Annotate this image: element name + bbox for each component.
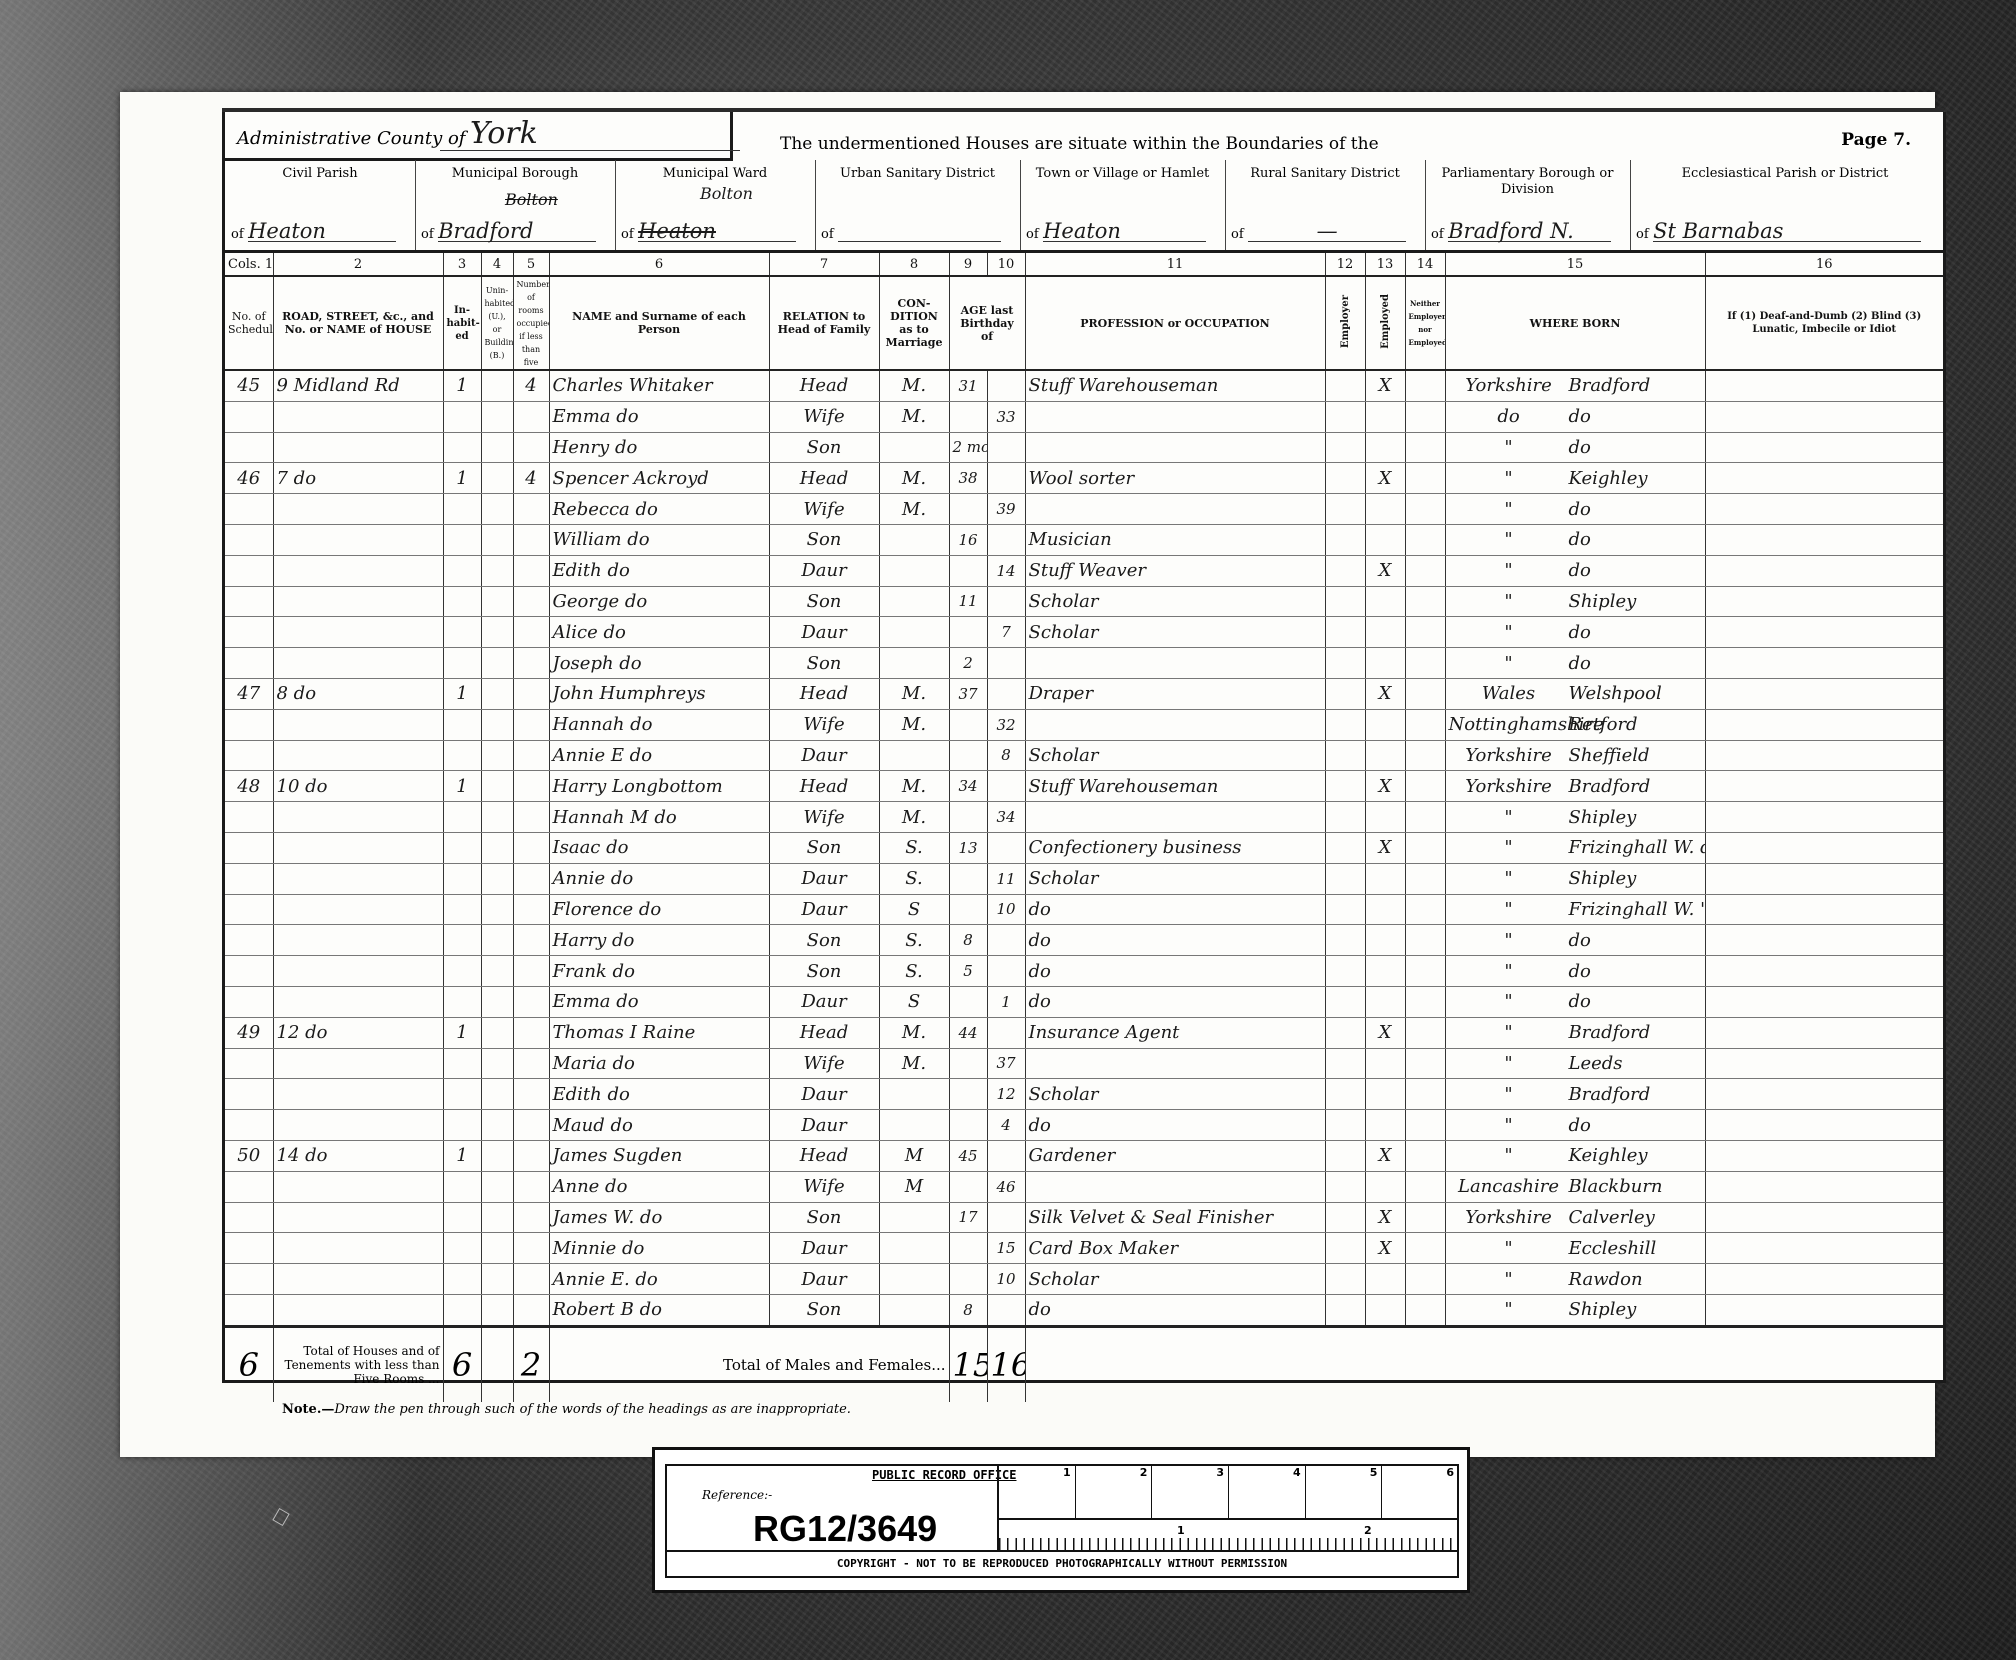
- cell-address: [273, 956, 443, 987]
- cell-address: [273, 1110, 443, 1141]
- cell-employed: X: [1365, 1017, 1405, 1048]
- cell-name: Maud do: [549, 1110, 769, 1141]
- cell-inhabited: [443, 494, 481, 525]
- cell-relation: Daur: [769, 617, 879, 648]
- cell-schedule: [225, 1079, 273, 1110]
- cell-name: Florence do: [549, 894, 769, 925]
- cell-occupation: Scholar: [1025, 617, 1325, 648]
- cell-employed: [1365, 494, 1405, 525]
- cell-schedule: [225, 1171, 273, 1202]
- cell-relation: Daur: [769, 986, 879, 1017]
- cell-female-age: [987, 678, 1025, 709]
- cell-inhabited: 1: [443, 771, 481, 802]
- cell-condition: M: [879, 1140, 949, 1171]
- cell-female-age: [987, 1202, 1025, 1233]
- cell-rooms: [513, 617, 549, 648]
- cell-relation: Son: [769, 648, 879, 679]
- cell-schedule: [225, 1264, 273, 1295]
- cell-rooms: [513, 740, 549, 771]
- table-row: Edith doDaur14Stuff WeaverX"do: [225, 555, 1943, 586]
- cell-male-age: [949, 1048, 987, 1079]
- cell-relation: Wife: [769, 1048, 879, 1079]
- cell-schedule: 50: [225, 1140, 273, 1171]
- cell-name: Annie E. do: [549, 1264, 769, 1295]
- cell-address: [273, 1294, 443, 1326]
- table-row: Minnie doDaur15Card Box MakerX"Eccleshil…: [225, 1233, 1943, 1264]
- cell-male-age: [949, 1233, 987, 1264]
- cell-rooms: [513, 1233, 549, 1264]
- col-age: AGE last Birthday of: [949, 276, 1025, 370]
- cell-employed: X: [1365, 832, 1405, 863]
- cell-condition: [879, 586, 949, 617]
- cell-female-age: 4: [987, 1110, 1025, 1141]
- cell-male-age: 13: [949, 832, 987, 863]
- cell-address: [273, 740, 443, 771]
- cell-occupation: [1025, 401, 1325, 432]
- cell-occupation: do: [1025, 956, 1325, 987]
- cell-rooms: [513, 863, 549, 894]
- cell-male-age: 17: [949, 1202, 987, 1233]
- cell-where-born: "do: [1445, 648, 1705, 679]
- col-uninhabited: Unin-habited (U.), or Building (B.): [481, 276, 513, 370]
- cell-condition: [879, 740, 949, 771]
- admin-county-label: Administrative County of: [237, 128, 465, 149]
- cell-occupation: Scholar: [1025, 740, 1325, 771]
- cell-female-age: [987, 1294, 1025, 1326]
- cell-condition: M.: [879, 771, 949, 802]
- cell-employed: [1365, 617, 1405, 648]
- cell-where-born: "Leeds: [1445, 1048, 1705, 1079]
- cell-address: [273, 494, 443, 525]
- cell-occupation: Scholar: [1025, 586, 1325, 617]
- cell-where-born: "do: [1445, 617, 1705, 648]
- cell-address: 8 do: [273, 678, 443, 709]
- cell-female-age: [987, 1140, 1025, 1171]
- table-row: Henry doSon2 month"do: [225, 432, 1943, 463]
- cell-male-age: [949, 617, 987, 648]
- cell-inhabited: [443, 925, 481, 956]
- cell-relation: Head: [769, 463, 879, 494]
- cell-occupation: [1025, 1171, 1325, 1202]
- cell-female-age: 7: [987, 617, 1025, 648]
- cell-female-age: [987, 771, 1025, 802]
- cell-inhabited: [443, 432, 481, 463]
- cell-male-age: 8: [949, 925, 987, 956]
- table-row: Hannah doWifeM.32NottinghamshireRetford: [225, 709, 1943, 740]
- cell-employed: X: [1365, 1140, 1405, 1171]
- total-males: 15: [949, 1326, 987, 1402]
- cell-female-age: 39: [987, 494, 1025, 525]
- cell-occupation: Confectionery business: [1025, 832, 1325, 863]
- cell-inhabited: 1: [443, 463, 481, 494]
- cell-name: Emma do: [549, 986, 769, 1017]
- division-urban-sanitary: Urban Sanitary District of: [815, 160, 1021, 250]
- cell-male-age: 44: [949, 1017, 987, 1048]
- cell-rooms: [513, 832, 549, 863]
- cell-address: [273, 1264, 443, 1295]
- cell-name: Annie E do: [549, 740, 769, 771]
- cell-address: [273, 1048, 443, 1079]
- cell-where-born: "Bradford: [1445, 1079, 1705, 1110]
- cell-schedule: [225, 1048, 273, 1079]
- cell-rooms: [513, 802, 549, 833]
- cell-name: Hannah M do: [549, 802, 769, 833]
- cell-inhabited: [443, 863, 481, 894]
- page-number: Page 7.: [1841, 130, 1911, 150]
- cell-relation: Daur: [769, 863, 879, 894]
- cell-where-born: "do: [1445, 956, 1705, 987]
- reference-label: Reference:-: [702, 1488, 772, 1502]
- cell-male-age: [949, 555, 987, 586]
- table-row: 478 do1John HumphreysHeadM.37DraperXWale…: [225, 678, 1943, 709]
- cell-schedule: [225, 832, 273, 863]
- public-record-office-label: PUBLIC RECORD OFFICE Reference:- RG12/36…: [652, 1447, 1470, 1593]
- cell-inhabited: 1: [443, 370, 481, 401]
- cell-rooms: [513, 555, 549, 586]
- table-row: Emma doWifeM.33dodo: [225, 401, 1943, 432]
- cell-schedule: 46: [225, 463, 273, 494]
- cell-occupation: Wool sorter: [1025, 463, 1325, 494]
- cell-female-age: [987, 925, 1025, 956]
- cell-female-age: 8: [987, 740, 1025, 771]
- cell-rooms: [513, 586, 549, 617]
- cell-male-age: [949, 740, 987, 771]
- cell-schedule: [225, 956, 273, 987]
- cell-rooms: [513, 925, 549, 956]
- cell-rooms: [513, 1202, 549, 1233]
- cell-male-age: 31: [949, 370, 987, 401]
- cell-relation: Son: [769, 832, 879, 863]
- cell-rooms: [513, 894, 549, 925]
- cell-occupation: Gardener: [1025, 1140, 1325, 1171]
- cell-inhabited: [443, 1202, 481, 1233]
- table-row: 467 do14Spencer AckroydHeadM.38Wool sort…: [225, 463, 1943, 494]
- cell-condition: [879, 648, 949, 679]
- cell-condition: [879, 1110, 949, 1141]
- cell-employed: [1365, 1079, 1405, 1110]
- cell-employed: [1365, 586, 1405, 617]
- cell-address: [273, 555, 443, 586]
- cell-employed: [1365, 925, 1405, 956]
- cell-female-age: 46: [987, 1171, 1025, 1202]
- cell-inhabited: [443, 832, 481, 863]
- scale-ruler: 123 456 1 2: [997, 1466, 1459, 1550]
- municipal-borough-value: Bradford: [438, 219, 596, 242]
- cell-address: [273, 648, 443, 679]
- cell-rooms: 4: [513, 370, 549, 401]
- cell-condition: S.: [879, 956, 949, 987]
- cell-rooms: [513, 401, 549, 432]
- cell-schedule: [225, 432, 273, 463]
- cell-where-born: WalesWelshpool: [1445, 678, 1705, 709]
- col-neither: Neither Employer nor Employed: [1405, 276, 1445, 370]
- cell-condition: [879, 1294, 949, 1326]
- cell-employed: [1365, 740, 1405, 771]
- cell-employed: [1365, 894, 1405, 925]
- cell-where-born: "do: [1445, 494, 1705, 525]
- cell-employed: [1365, 648, 1405, 679]
- cell-female-age: 15: [987, 1233, 1025, 1264]
- cell-name: Robert B do: [549, 1294, 769, 1326]
- cell-employed: [1365, 401, 1405, 432]
- cell-schedule: [225, 1233, 273, 1264]
- col-inhabited: In-habit-ed: [443, 276, 481, 370]
- municipal-ward-value: Heaton: [638, 219, 796, 242]
- administrative-county-box: Administrative County of York: [225, 112, 733, 161]
- cell-employed: [1365, 1264, 1405, 1295]
- cell-schedule: [225, 986, 273, 1017]
- cell-male-age: [949, 494, 987, 525]
- cell-inhabited: [443, 740, 481, 771]
- cell-where-born: "Bradford: [1445, 1017, 1705, 1048]
- cell-name: Annie do: [549, 863, 769, 894]
- cell-female-age: 1: [987, 986, 1025, 1017]
- cell-address: [273, 986, 443, 1017]
- cell-occupation: do: [1025, 1110, 1325, 1141]
- cell-name: Edith do: [549, 555, 769, 586]
- cell-rooms: [513, 1294, 549, 1326]
- cell-inhabited: [443, 555, 481, 586]
- cell-occupation: Stuff Warehouseman: [1025, 370, 1325, 401]
- cell-inhabited: [443, 802, 481, 833]
- cell-address: [273, 894, 443, 925]
- cell-inhabited: [443, 586, 481, 617]
- cell-schedule: [225, 740, 273, 771]
- cell-where-born: "Frizinghall W. ": [1445, 894, 1705, 925]
- table-row: 4912 do1Thomas I RaineHeadM.44Insurance …: [225, 1017, 1943, 1048]
- col-occupation: PROFESSION or OCCUPATION: [1025, 276, 1325, 370]
- cell-relation: Head: [769, 370, 879, 401]
- cell-male-age: 16: [949, 524, 987, 555]
- cell-employed: X: [1365, 463, 1405, 494]
- division-municipal-borough: Municipal Borough Bolton of Bradford: [415, 160, 616, 250]
- cell-male-age: 38: [949, 463, 987, 494]
- cell-condition: M.: [879, 802, 949, 833]
- table-row: Annie E doDaur8ScholarYorkshireSheffield: [225, 740, 1943, 771]
- cell-name: William do: [549, 524, 769, 555]
- cell-condition: M.: [879, 1048, 949, 1079]
- cell-address: [273, 401, 443, 432]
- cell-name: Minnie do: [549, 1233, 769, 1264]
- cell-name: James Sugden: [549, 1140, 769, 1171]
- cell-relation: Daur: [769, 555, 879, 586]
- cell-female-age: 12: [987, 1079, 1025, 1110]
- total-females: 16: [987, 1326, 1025, 1402]
- cell-inhabited: [443, 1048, 481, 1079]
- cell-male-age: [949, 709, 987, 740]
- cell-relation: Wife: [769, 494, 879, 525]
- column-headings-row: No. of Schedule ROAD, STREET, &c., and N…: [225, 276, 1943, 370]
- table-row: Anne doWifeM46LancashireBlackburn: [225, 1171, 1943, 1202]
- division-municipal-ward: Municipal Ward Bolton of Heaton: [615, 160, 816, 250]
- cell-address: [273, 586, 443, 617]
- cell-inhabited: [443, 1264, 481, 1295]
- total-houses: 6: [443, 1326, 481, 1402]
- cell-rooms: [513, 771, 549, 802]
- cell-inhabited: [443, 1294, 481, 1326]
- cell-employed: X: [1365, 555, 1405, 586]
- cell-occupation: [1025, 709, 1325, 740]
- cell-female-age: 37: [987, 1048, 1025, 1079]
- table-row: Hannah M doWifeM.34"Shipley: [225, 802, 1943, 833]
- cell-address: [273, 1079, 443, 1110]
- cell-name: John Humphreys: [549, 678, 769, 709]
- cell-employed: X: [1365, 1202, 1405, 1233]
- cell-female-age: 32: [987, 709, 1025, 740]
- cell-where-born: YorkshireCalverley: [1445, 1202, 1705, 1233]
- cell-male-age: [949, 894, 987, 925]
- form-header: Administrative County of York The underm…: [225, 112, 1943, 160]
- cell-address: 9 Midland Rd: [273, 370, 443, 401]
- cell-rooms: [513, 1171, 549, 1202]
- cell-occupation: [1025, 1048, 1325, 1079]
- cell-name: Harry Longbottom: [549, 771, 769, 802]
- cell-schedule: [225, 802, 273, 833]
- cell-occupation: [1025, 802, 1325, 833]
- table-row: George doSon11Scholar"Shipley: [225, 586, 1943, 617]
- cell-employed: [1365, 432, 1405, 463]
- cell-where-born: "Frizinghall W. do: [1445, 832, 1705, 863]
- cell-rooms: [513, 1140, 549, 1171]
- cell-rooms: [513, 648, 549, 679]
- cell-address: [273, 432, 443, 463]
- cell-where-born: "Keighley: [1445, 1140, 1705, 1171]
- cell-male-age: [949, 802, 987, 833]
- cell-name: Thomas I Raine: [549, 1017, 769, 1048]
- cell-relation: Wife: [769, 401, 879, 432]
- cell-rooms: [513, 1048, 549, 1079]
- cell-occupation: Card Box Maker: [1025, 1233, 1325, 1264]
- cell-name: Edith do: [549, 1079, 769, 1110]
- cell-condition: M.: [879, 678, 949, 709]
- cell-male-age: [949, 1171, 987, 1202]
- cell-condition: M.: [879, 709, 949, 740]
- cell-address: 14 do: [273, 1140, 443, 1171]
- cell-female-age: [987, 463, 1025, 494]
- table-row: 5014 do1James SugdenHeadM45GardenerX"Kei…: [225, 1140, 1943, 1171]
- table-row: Joseph doSon2"do: [225, 648, 1943, 679]
- cell-where-born: LancashireBlackburn: [1445, 1171, 1705, 1202]
- cell-condition: M: [879, 1171, 949, 1202]
- cell-rooms: 4: [513, 463, 549, 494]
- cell-where-born: "Shipley: [1445, 586, 1705, 617]
- cell-address: [273, 802, 443, 833]
- table-row: Annie doDaurS.11Scholar"Shipley: [225, 863, 1943, 894]
- cell-name: Alice do: [549, 617, 769, 648]
- cell-employed: [1365, 1171, 1405, 1202]
- cell-schedule: [225, 617, 273, 648]
- cell-schedule: 47: [225, 678, 273, 709]
- cell-where-born: "Shipley: [1445, 802, 1705, 833]
- boundaries-text: The undermentioned Houses are situate wi…: [780, 134, 1379, 154]
- cell-inhabited: [443, 648, 481, 679]
- cell-male-age: [949, 1264, 987, 1295]
- cell-where-born: "do: [1445, 1110, 1705, 1141]
- divisions-row: Civil Parish of Heaton Municipal Borough…: [225, 160, 1943, 253]
- cell-rooms: [513, 1017, 549, 1048]
- cell-female-age: [987, 1017, 1025, 1048]
- cell-relation: Head: [769, 1017, 879, 1048]
- cell-schedule: [225, 1202, 273, 1233]
- cell-rooms: [513, 986, 549, 1017]
- cell-condition: [879, 617, 949, 648]
- cell-employed: [1365, 1294, 1405, 1326]
- cell-relation: Head: [769, 678, 879, 709]
- total-persons-label: Total of Males and Females...: [549, 1326, 949, 1402]
- cell-inhabited: [443, 1110, 481, 1141]
- cell-inhabited: [443, 524, 481, 555]
- cell-rooms: [513, 709, 549, 740]
- cell-where-born: "do: [1445, 555, 1705, 586]
- cell-schedule: [225, 401, 273, 432]
- table-row: Emma doDaurS1do"do: [225, 986, 1943, 1017]
- cell-male-age: 37: [949, 678, 987, 709]
- cell-male-age: 5: [949, 956, 987, 987]
- cell-condition: M.: [879, 463, 949, 494]
- cell-inhabited: [443, 401, 481, 432]
- cell-where-born: YorkshireBradford: [1445, 771, 1705, 802]
- cell-where-born: YorkshireBradford: [1445, 370, 1705, 401]
- pro-title: PUBLIC RECORD OFFICE: [872, 1468, 1017, 1482]
- cell-occupation: Stuff Warehouseman: [1025, 771, 1325, 802]
- cell-employed: [1365, 1048, 1405, 1079]
- cell-where-born: "do: [1445, 524, 1705, 555]
- table-row: Maud doDaur4do"do: [225, 1110, 1943, 1141]
- table-row: Isaac doSonS.13Confectionery businessX"F…: [225, 832, 1943, 863]
- cell-inhabited: [443, 894, 481, 925]
- cell-name: James W. do: [549, 1202, 769, 1233]
- cell-occupation: Musician: [1025, 524, 1325, 555]
- cell-condition: [879, 1079, 949, 1110]
- civil-parish-value: Heaton: [248, 219, 396, 242]
- cell-address: [273, 709, 443, 740]
- cell-inhabited: [443, 1079, 481, 1110]
- cell-male-age: 34: [949, 771, 987, 802]
- cell-condition: [879, 1202, 949, 1233]
- cell-where-born: "Keighley: [1445, 463, 1705, 494]
- cell-where-born: dodo: [1445, 401, 1705, 432]
- census-table: Cols. 12345 678910 111213141516 No. of S…: [225, 253, 1943, 1402]
- cell-condition: M.: [879, 370, 949, 401]
- cell-schedule: [225, 648, 273, 679]
- division-ecclesiastical: Ecclesiastical Parish or District of St …: [1630, 160, 1940, 250]
- cell-address: [273, 1233, 443, 1264]
- cell-relation: Daur: [769, 1110, 879, 1141]
- table-row: Edith doDaur12Scholar"Bradford: [225, 1079, 1943, 1110]
- cell-relation: Daur: [769, 1079, 879, 1110]
- cell-inhabited: 1: [443, 1140, 481, 1171]
- cell-female-age: [987, 832, 1025, 863]
- cell-schedule: [225, 524, 273, 555]
- table-row: 459 Midland Rd14Charles WhitakerHeadM.31…: [225, 370, 1943, 401]
- cell-address: [273, 1171, 443, 1202]
- cell-schedule: [225, 494, 273, 525]
- cell-female-age: 14: [987, 555, 1025, 586]
- division-rural-sanitary: Rural Sanitary District of —: [1225, 160, 1426, 250]
- cell-address: [273, 524, 443, 555]
- cell-relation: Son: [769, 1294, 879, 1326]
- col-rooms: Number of rooms occupied if less than fi…: [513, 276, 549, 370]
- col-infirmity: If (1) Deaf-and-Dumb (2) Blind (3) Lunat…: [1705, 276, 1943, 370]
- cell-address: [273, 617, 443, 648]
- cell-condition: M.: [879, 1017, 949, 1048]
- table-row: James W. doSon17Silk Velvet & Seal Finis…: [225, 1202, 1943, 1233]
- cell-relation: Son: [769, 432, 879, 463]
- cell-condition: [879, 1233, 949, 1264]
- cell-name: Spencer Ackroyd: [549, 463, 769, 494]
- cell-male-age: [949, 863, 987, 894]
- cell-rooms: [513, 956, 549, 987]
